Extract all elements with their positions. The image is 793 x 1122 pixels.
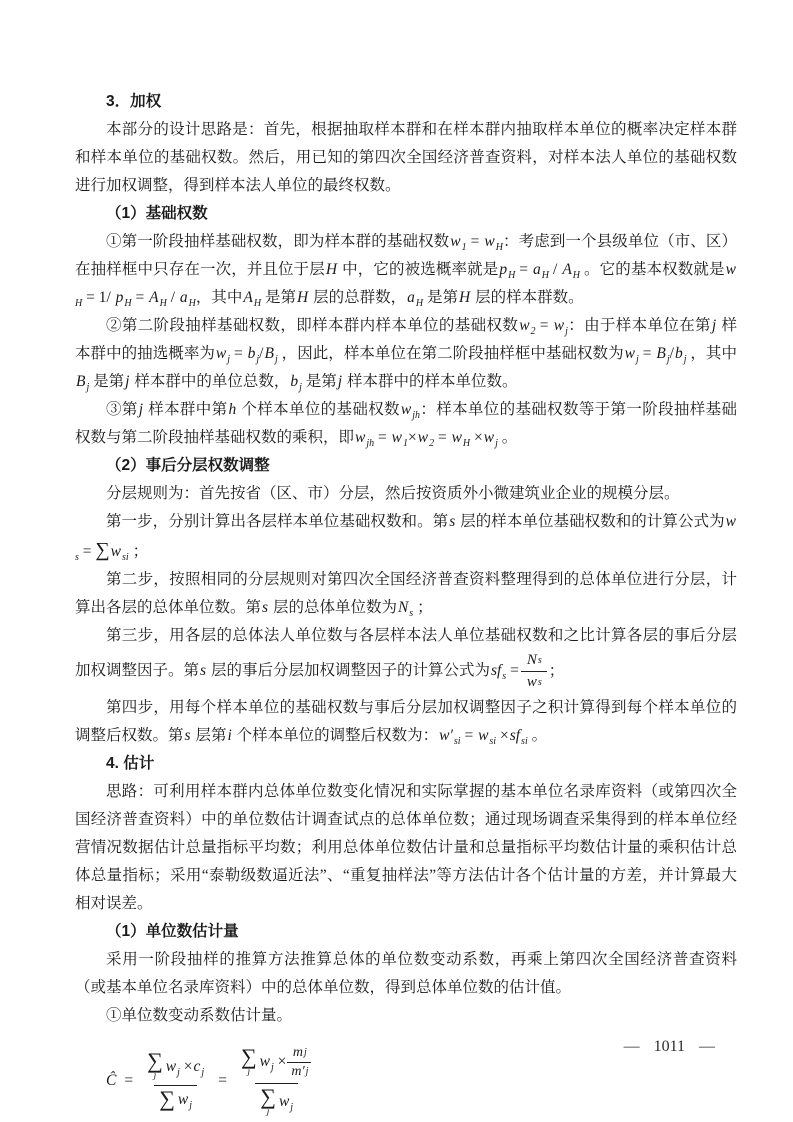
heading-estimation: 4. 估计 xyxy=(75,750,737,778)
step3-lead-text: 第三步，用各层的总体法人单位数与各层样本法人单位基础权数和之比计算各层的事后分层… xyxy=(75,627,737,679)
heading-base-weights: （1）基础权数 xyxy=(75,200,737,228)
fraction-denominator: ws xyxy=(521,671,547,693)
paragraph-combined-weight: ③第j 样本群中第h 个样本单位的基础权数wjh：样本单位的基础权数等于第一阶段… xyxy=(75,396,737,452)
nested-fraction-denominator: m′j xyxy=(287,1062,311,1081)
equals-sign: = xyxy=(124,1072,133,1091)
paragraph-strat-rule: 分层规则为：首先按省（区、市）分层，然后按资质外小微建筑业企业的规模分层。 xyxy=(75,480,737,508)
heading-unit-count-estimator: （1）单位数估计量 xyxy=(75,918,737,946)
page-footer: — 1011 — xyxy=(0,1038,793,1056)
paragraph-stage1-weight: ①第一阶段抽样基础权数，即为样本群的基础权数w1 = wH：考虑到一个县级单位（… xyxy=(75,228,737,312)
fraction-numerator: Ns xyxy=(521,650,547,671)
paragraph-estimation-idea: 思路：可利用样本群内总体单位数变化情况和实际掌握的基本单位名录库资料（或第四次全… xyxy=(75,778,737,918)
footer-dash-left: — xyxy=(624,1038,640,1056)
paragraph-unit-count-method: 采用一阶段抽样的推算方法推算总体的单位数变动系数，再乘上第四次全国经济普查资料（… xyxy=(75,946,737,1002)
step3-tail-text: ； xyxy=(549,662,565,679)
formula-lhs-c-hat: Ĉ xyxy=(105,1072,117,1091)
fraction-1-denominator: ∑jwj xyxy=(154,1085,197,1114)
equals-sign: = xyxy=(218,1072,227,1091)
paragraph-stage2-weight: ②第二阶段抽样基础权数，即样本群内样本单位的基础权数w2 = wj：由于样本单位… xyxy=(75,312,737,396)
fraction-2-denominator: ∑jwj xyxy=(255,1083,298,1121)
page-number: 1011 xyxy=(654,1038,685,1056)
sigma-sum-icon: ∑j xyxy=(260,1086,276,1119)
paragraph-design-idea: 本部分的设计思路是：首先，根据抽取样本群和在样本群内抽取样本单位的概率决定样本群… xyxy=(75,116,737,200)
fraction-1-denominator-terms: wj xyxy=(177,1091,192,1109)
fraction-2-denominator-terms: wj xyxy=(278,1093,293,1111)
heading-poststratification: （2）事后分层权数调整 xyxy=(75,452,737,480)
page-content: 3．加权 本部分的设计思路是：首先，根据抽取样本群和在样本群内抽取样本单位的概率… xyxy=(75,88,737,1121)
fraction-1-numerator-terms: wj ×cj xyxy=(165,1058,204,1076)
fraction-1: ∑jwj ×cj ∑jwj xyxy=(142,1048,209,1114)
paragraph-step2: 第二步，按照相同的分层规则对第四次全国经济普查资料整理得到的总体单位进行分层，计… xyxy=(75,566,737,622)
paragraph-coefficient-label: ①单位数变动系数估计量。 xyxy=(75,1002,737,1030)
sigma-sum-icon: ∑j xyxy=(159,1088,175,1112)
paragraph-step3: 第三步，用各层的总体法人单位数与各层样本法人单位基础权数和之比计算各层的事后分层… xyxy=(75,622,737,694)
document-page: 3．加权 本部分的设计思路是：首先，根据抽取样本群和在样本群内抽取样本单位的概率… xyxy=(0,0,793,1122)
paragraph-step4: 第四步，用每个样本单位的基础权数与事后分层加权调整因子之积计算得到每个样本单位的… xyxy=(75,694,737,750)
heading-weighting: 3．加权 xyxy=(75,88,737,116)
footer-dash-right: — xyxy=(699,1038,715,1056)
paragraph-step1: 第一步，分别计算出各层样本单位基础权数和。第s 层的样本单位基础权数和的计算公式… xyxy=(75,508,737,566)
fraction-sf-adjustment-factor: Nsws xyxy=(521,650,547,694)
